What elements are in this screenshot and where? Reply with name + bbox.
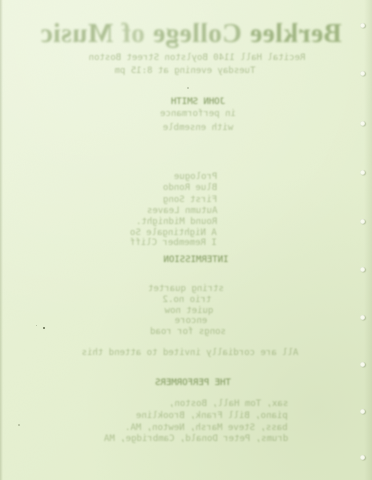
- scanned-page: BerkleeCollegeofMusic Recital Hall 1140 …: [0, 0, 372, 480]
- showthrough-line-performers-list: drums, Peter Donald, Cambridge, MA: [104, 434, 288, 444]
- binding-hole: [360, 409, 365, 414]
- showthrough-line-second-half-list: encore: [175, 316, 208, 326]
- showthrough-masthead: BerkleeCollegeofMusic: [36, 18, 345, 49]
- showthrough-line-performers-heading: THE PERFORMERS: [155, 378, 231, 388]
- masthead-word: Berklee: [246, 18, 346, 48]
- binding-hole: [360, 455, 365, 460]
- ink-speck: [18, 424, 20, 426]
- showthrough-line-recital-title-block: with ensemble: [163, 123, 233, 133]
- showthrough-line-venue-lines: Tuesday evening at 8:15 pm: [115, 66, 256, 76]
- showthrough-line-performers-list: piano, Bill Frank, Brookline: [136, 411, 288, 421]
- ink-speck: [43, 327, 45, 329]
- ink-speck: [187, 87, 189, 89]
- showthrough-line-venue-lines: Recital Hall 1140 Boylston Street Boston: [89, 53, 306, 63]
- showthrough-line-recital-title-block: JOHN SMITH: [171, 97, 225, 107]
- showthrough-line-program-list: Blue Rondo: [163, 183, 217, 193]
- binding-hole: [360, 315, 365, 320]
- showthrough-line-program-list: Round Midnight.: [136, 217, 217, 227]
- showthrough-line-program-list: A Nightingale So: [130, 228, 217, 238]
- binding-hole: [360, 219, 365, 224]
- masthead-word: of: [117, 18, 149, 48]
- showthrough-line-intermission-heading: INTERMISSION: [163, 255, 228, 265]
- binding-hole: [360, 267, 365, 272]
- showthrough-line-performers-list: bass, Steve Marsh, Newton, MA.: [125, 423, 288, 433]
- binding-hole: [360, 71, 365, 76]
- binding-hole: [360, 121, 365, 126]
- masthead-word: Music: [36, 18, 117, 48]
- showthrough-line-second-half-list: quiet now: [165, 306, 214, 316]
- showthrough-line-program-list: I Remember Cliff: [130, 238, 217, 248]
- showthrough-line-program-list: First Song: [163, 195, 217, 205]
- showthrough-line-second-half-list: trio no.2: [163, 295, 212, 305]
- showthrough-line-invitation-line: All are cordially invited to attend this: [82, 348, 299, 358]
- binding-hole: [360, 362, 365, 367]
- showthrough-line-recital-title-block: in performance: [160, 109, 236, 119]
- ink-speck: [36, 325, 37, 326]
- showthrough-line-second-half-list: songs for road: [150, 327, 226, 337]
- binding-hole: [360, 23, 365, 28]
- masthead-word: College: [149, 18, 246, 48]
- showthrough-line-program-list: Autumn Leaves: [147, 206, 217, 216]
- binding-hole: [360, 170, 365, 175]
- showthrough-line-second-half-list: string quartet: [148, 284, 224, 294]
- showthrough-line-program-list: Prologue: [174, 172, 217, 182]
- showthrough-line-performers-list: sax, Tom Hall, Boston,: [169, 399, 288, 409]
